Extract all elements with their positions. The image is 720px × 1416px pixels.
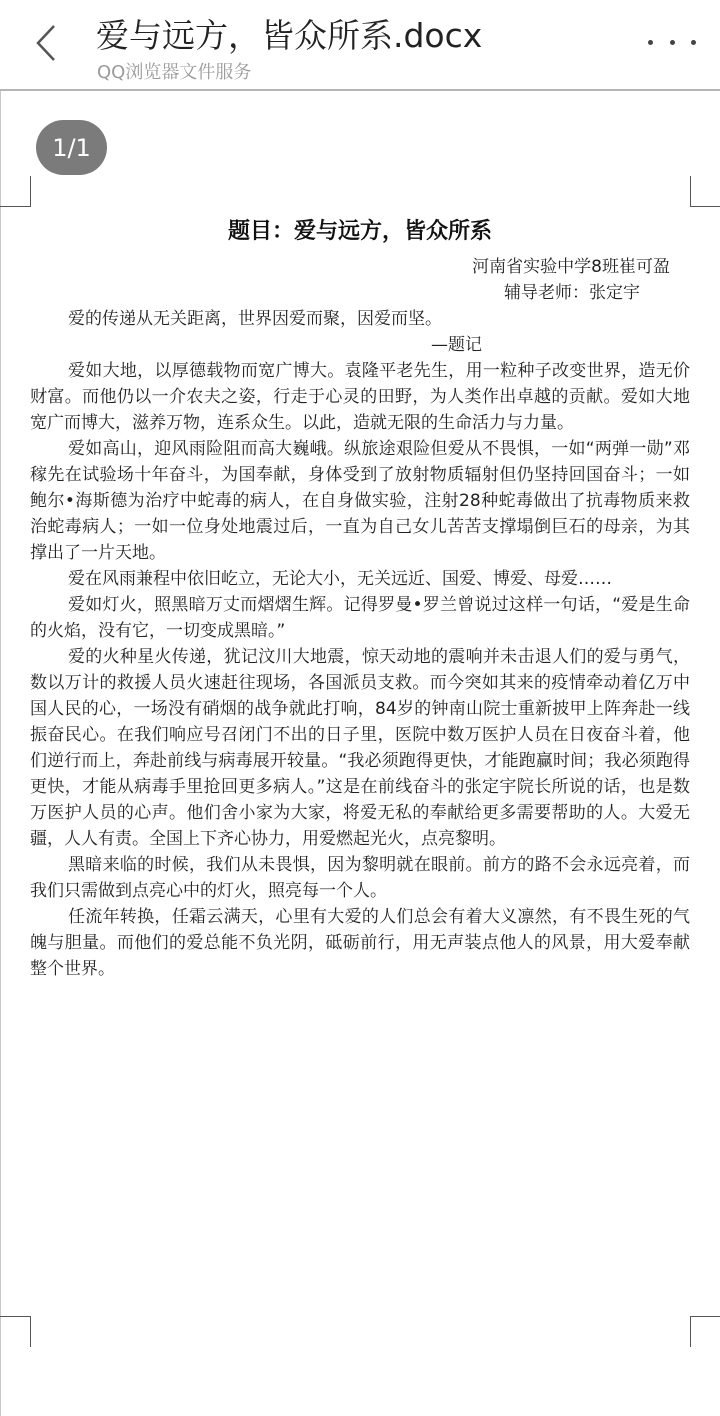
file-service-subtitle: QQ浏览器文件服务 xyxy=(97,58,251,84)
page-corner-mark-bottom-right xyxy=(690,1316,720,1347)
paragraph: 爱的火种星火传递，犹记汶川大地震，惊天动地的震响并未击退人们的爱与勇气，数以万计… xyxy=(30,644,690,852)
header-divider xyxy=(0,89,720,91)
app-header: 爱与远方，皆众所系.docx QQ浏览器文件服务 xyxy=(0,0,720,90)
epigraph: 爱的传递从无关距离，世界因爱而聚，因爱而坚。 xyxy=(30,306,690,332)
page-corner-mark-top-left xyxy=(0,176,31,207)
back-button[interactable] xyxy=(28,20,68,66)
paragraph: 爱如高山，迎风雨险阻而高大巍峨。纵旅途艰险但爱从不畏惧，一如“两弹一勋”邓稼先在… xyxy=(30,436,690,566)
page-indicator-badge: 1/1 xyxy=(36,120,107,175)
page-corner-mark-bottom-left xyxy=(0,1316,31,1347)
paragraph: 任流年转换，任霜云满天，心里有大爱的人们总会有着大义凛然，有不畏生死的气魄与胆量… xyxy=(30,904,690,982)
paragraph: 爱如大地，以厚德载物而宽广博大。袁隆平老先生，用一粒种子改变世界，造无价财富。而… xyxy=(30,358,690,436)
viewport-edge xyxy=(0,0,1,1416)
epigraph-source: —题记 xyxy=(30,332,690,358)
document-title: 题目：爱与远方，皆众所系 xyxy=(30,212,690,252)
paragraph: 黑暗来临的时候，我们从未畏惧，因为黎明就在眼前。前方的路不会永远亮着，而我们只需… xyxy=(30,852,690,904)
document-author: 河南省实验中学8班崔可盈 xyxy=(30,254,690,280)
more-horizontal-icon xyxy=(648,40,653,45)
paragraph: 爱在风雨兼程中依旧屹立，无论大小，无关远近、国爱、博爱、母爱…… xyxy=(30,566,690,592)
page-corner-mark-top-right xyxy=(690,176,720,207)
file-title: 爱与远方，皆众所系.docx xyxy=(96,10,482,57)
more-options-button[interactable] xyxy=(648,30,696,54)
document-advisor: 辅导老师：张定宇 xyxy=(30,280,690,306)
chevron-left-icon xyxy=(28,20,68,66)
more-horizontal-icon xyxy=(670,40,675,45)
document-page: 题目：爱与远方，皆众所系 河南省实验中学8班崔可盈 辅导老师：张定宇 爱的传递从… xyxy=(30,212,690,982)
paragraph: 爱如灯火，照黑暗万丈而熠熠生辉。记得罗曼•罗兰曾说过这样一句话，“爱是生命的火焰… xyxy=(30,592,690,644)
more-horizontal-icon xyxy=(691,40,696,45)
